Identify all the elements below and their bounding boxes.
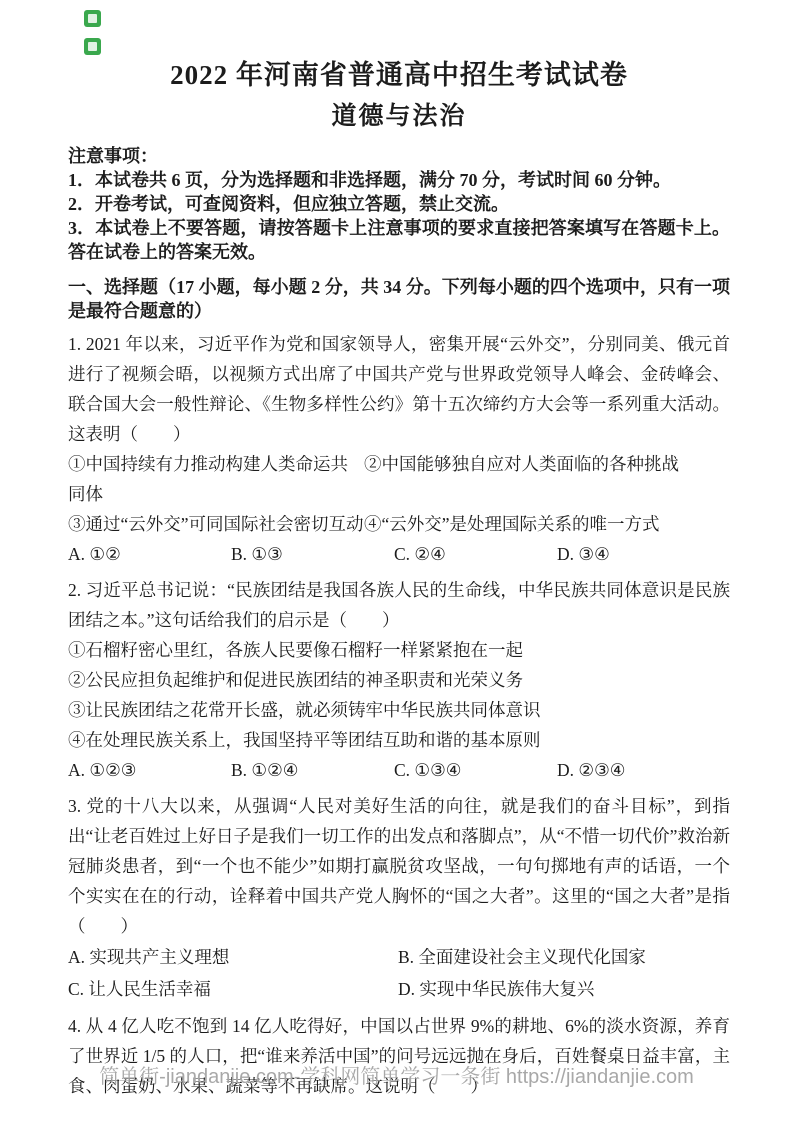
section-heading: 一、选择题（17 小题，每小题 2 分，共 34 分。下列每小题的四个选项中，只… bbox=[68, 275, 730, 323]
sub-option: ④“云外交”是处理国际关系的唯一方式 bbox=[364, 509, 730, 539]
question-3: 3. 党的十八大以来，从强调“人民对美好生活的向往，就是我们的奋斗目标”，到指出… bbox=[68, 791, 730, 1005]
choice-a: A. ①②③ bbox=[68, 755, 231, 785]
question-1: 1. 2021 年以来，习近平作为党和国家领导人，密集开展“云外交”，分别同美、… bbox=[68, 329, 730, 569]
choice-c: C. ②④ bbox=[394, 539, 557, 569]
notice-heading: 注意事项： bbox=[68, 144, 730, 168]
sub-option: ③通过“云外交”可同国际社会密切互动 bbox=[68, 509, 364, 539]
sub-option: ①中国持续有力推动构建人类命运共同体 bbox=[68, 449, 364, 509]
question-2: 2. 习近平总书记说：“民族团结是我国各族人民的生命线，中华民族共同体意识是民族… bbox=[68, 575, 730, 785]
choice-d: D. ②③④ bbox=[557, 755, 625, 785]
choice-row: A. 实现共产主义理想 B. 全面建设社会主义现代化国家 bbox=[68, 941, 730, 973]
sub-option: ②中国能够独自应对人类面临的各种挑战 bbox=[364, 449, 730, 509]
page-content: 2022 年河南省普通高中招生考试试卷 道德与法治 注意事项： 1．本试卷共 6… bbox=[68, 0, 730, 1101]
choice-d: D. ③④ bbox=[557, 539, 610, 569]
choice-d: D. 实现中华民族伟大复兴 bbox=[398, 973, 594, 1005]
notice-item: 3．本试卷上不要答题，请按答题卡上注意事项的要求直接把答案填写在答题卡上。答在试… bbox=[68, 216, 730, 264]
choice-c: C. ①③④ bbox=[394, 755, 557, 785]
choice-row: C. 让人民生活幸福 D. 实现中华民族伟大复兴 bbox=[68, 973, 730, 1005]
page-title: 2022 年河南省普通高中招生考试试卷 bbox=[68, 58, 730, 92]
choice-a: A. ①② bbox=[68, 539, 231, 569]
sub-option-row: ①中国持续有力推动构建人类命运共同体 ②中国能够独自应对人类面临的各种挑战 bbox=[68, 449, 730, 509]
sub-option: ①石榴籽密心里红，各族人民要像石榴籽一样紧紧抱在一起 bbox=[68, 635, 730, 665]
question-stem: 2. 习近平总书记说：“民族团结是我国各族人民的生命线，中华民族共同体意识是民族… bbox=[68, 575, 730, 635]
page-subtitle: 道德与法治 bbox=[68, 98, 730, 136]
notice-item: 1．本试卷共 6 页，分为选择题和非选择题，满分 70 分，考试时间 60 分钟… bbox=[68, 168, 730, 192]
sub-option: ③让民族团结之花常开长盛，就必须铸牢中华民族共同体意识 bbox=[68, 695, 730, 725]
choice-a: A. 实现共产主义理想 bbox=[68, 941, 398, 973]
notice-item: 2．开卷考试，可查阅资料，但应独立答题，禁止交流。 bbox=[68, 192, 730, 216]
choice-row: A. ①② B. ①③ C. ②④ D. ③④ bbox=[68, 539, 730, 569]
choice-b: B. ①②④ bbox=[231, 755, 394, 785]
choice-row: A. ①②③ B. ①②④ C. ①③④ D. ②③④ bbox=[68, 755, 730, 785]
question-stem: 3. 党的十八大以来，从强调“人民对美好生活的向往，就是我们的奋斗目标”，到指出… bbox=[68, 791, 730, 941]
footer-watermark: 简单街-jiandanjie.com-学科网简单学习一条街 https://ji… bbox=[0, 1062, 793, 1092]
notice-section: 注意事项： 1．本试卷共 6 页，分为选择题和非选择题，满分 70 分，考试时间… bbox=[68, 144, 730, 264]
sub-option: ②公民应担负起维护和促进民族团结的神圣职责和光荣义务 bbox=[68, 665, 730, 695]
exam-page: 2022 年河南省普通高中招生考试试卷 道德与法治 注意事项： 1．本试卷共 6… bbox=[0, 0, 793, 1122]
choice-c: C. 让人民生活幸福 bbox=[68, 973, 398, 1005]
choice-b: B. 全面建设社会主义现代化国家 bbox=[398, 941, 646, 973]
question-stem: 1. 2021 年以来，习近平作为党和国家领导人，密集开展“云外交”，分别同美、… bbox=[68, 329, 730, 449]
sub-option-row: ③通过“云外交”可同国际社会密切互动 ④“云外交”是处理国际关系的唯一方式 bbox=[68, 509, 730, 539]
choice-b: B. ①③ bbox=[231, 539, 394, 569]
sub-option: ④在处理民族关系上，我国坚持平等团结互助和谐的基本原则 bbox=[68, 725, 730, 755]
